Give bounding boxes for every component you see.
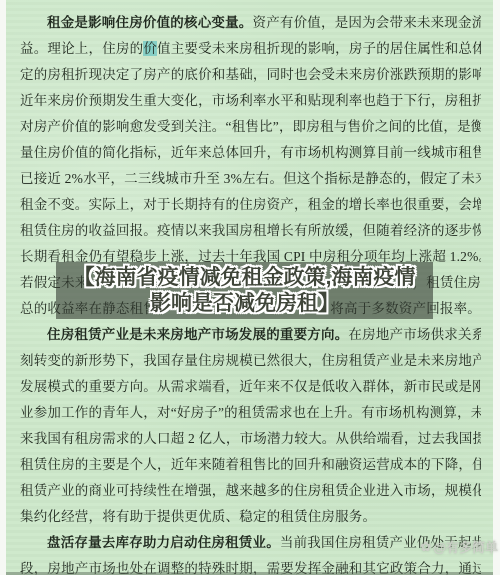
highlighted-char: 价 <box>143 41 157 56</box>
text-segment: 住房租赁产业是未来房地产市场发展的重要方向。 <box>47 327 348 342</box>
text-line: 来我国有租房需求的人口超 2 亿人，市场潜力较大。从供给端看，过去我国提供 <box>20 426 481 452</box>
text-segment: 益。理论上，住房的 <box>20 41 143 56</box>
text-segment: 集约化经营，将有助于提供更优质、稳定的租赁住房服务。 <box>20 509 376 524</box>
text-line: 刻转变的新形势下，我国存量住房规模已然很大，住房租赁产业是未来房地产新 <box>20 348 481 374</box>
text-segment: 对房产价值的影响愈发受到关注。“租售比”，即房租与售价之间的比值，是衡 <box>20 119 481 134</box>
text-segment: 刻转变的新形势下，我国存量住房规模已然很大，住房租赁产业是未来房地产新 <box>20 353 481 368</box>
text-segment: 发展模式的重要方向。从需求端看，近年来不仅是低收入群体，新市民或是刚毕 <box>20 379 481 394</box>
text-segment: 值主要受未来房租折现的影响，房子的居住属性和总体稳 <box>157 41 481 56</box>
watermark-text: @有多简单 <box>433 537 498 556</box>
screenshot-root: { "page": { "background_color": "#cde8ca… <box>0 0 500 575</box>
text-segment: 租赁产业的商业可持续性在增强，越来越多的住房租赁企业进入市场，规模化、 <box>20 483 481 498</box>
text-line: 租金不变。实际上，对于长期持有的住房资产，租金的增长率也很重要，会增厚 <box>20 192 481 218</box>
text-segment: 量住房价值的简化指标，近年来总体回升，有市场机构测算目前一线城市租售比 <box>20 145 481 160</box>
text-segment: 来我国有租房需求的人口超 2 亿人，市场潜力较大。从供给端看，过去我国提供 <box>20 431 481 446</box>
text-segment: 定的房租折现决定了房产的底价和基础，同时也会受未来房价涨跌预期的影响。 <box>20 67 481 82</box>
text-line: 对房产价值的影响愈发受到关注。“租售比”，即房租与售价之间的比值，是衡 <box>20 114 481 140</box>
text-segment: 租金是影响住房价值的核心变量。 <box>47 15 253 30</box>
text-line: 租赁住房的主要是个人，近年来随着租售比的回升和融资运营成本的下降，住房 <box>20 452 481 478</box>
paw-icon: ✿ <box>420 539 431 555</box>
text-line: 住房租赁产业是未来房地产市场发展的重要方向。在房地产市场供求关系深 <box>20 322 481 348</box>
text-line: 已接近 2%水平，二三线城市升至 3%左右。但这个指标是静态的，假定了未来 <box>20 166 481 192</box>
text-segment: 已接近 2%水平，二三线城市升至 3%左右。但这个指标是静态的，假定了未来 <box>20 171 481 186</box>
caption-overlay: 【海南省疫情减免租金政策,海南疫情 影响是否减免房租】 <box>56 262 433 319</box>
text-line: 盘活存量去库存助力启动住房租赁业。当前我国住房租赁产业仍处于起步阶 <box>20 530 481 556</box>
text-segment: 业参加工作的青年人，对“好房子”的租赁需求也在上升。有市场机构测算，未 <box>20 405 481 420</box>
text-segment: 租赁住房的主要是个人，近年来随着租售比的回升和融资运营成本的下降，住房 <box>20 457 481 472</box>
text-line: 定的房租折现决定了房产的底价和基础，同时也会受未来房价涨跌预期的影响。 <box>20 62 481 88</box>
caption-title-line2: 影响是否减免房租】 <box>150 291 339 317</box>
text-segment: 段，房地产市场也处在调整的特殊时期，需要发挥金融和其它政策合力，通过盘 <box>20 561 481 575</box>
text-line: 租赁产业的商业可持续性在增强，越来越多的住房租赁企业进入市场，规模化、 <box>20 478 481 504</box>
text-segment: 盘活存量去库存助力启动住房租赁业。 <box>47 535 280 550</box>
text-segment: 资产有价值，是因为会带来未来现金流收 <box>253 15 482 30</box>
text-line: 发展模式的重要方向。从需求端看，近年来不仅是低收入群体，新市民或是刚毕 <box>20 374 481 400</box>
text-line: 业参加工作的青年人，对“好房子”的租赁需求也在上升。有市场机构测算，未 <box>20 400 481 426</box>
text-segment: 租金不变。实际上，对于长期持有的住房资产，租金的增长率也很重要，会增厚 <box>20 197 481 212</box>
watermark: ✿ @有多简单 <box>420 537 498 556</box>
text-segment: 近年来房价预期发生重大变化，市场利率水平和贴现利率也趋于下行，房租折现 <box>20 93 481 108</box>
text-line: 近年来房价预期发生重大变化，市场利率水平和贴现利率也趋于下行，房租折现 <box>20 88 481 114</box>
text-line: 租赁住房的收益回报。疫情以来我国房租增长有所放缓，但随着经济的逐步恢复， <box>20 218 481 244</box>
text-segment: 租赁住房的收益回报。疫情以来我国房租增长有所放缓，但随着经济的逐步恢复， <box>20 223 481 238</box>
text-line: 益。理论上，住房的价值主要受未来房租折现的影响，房子的居住属性和总体稳 <box>20 36 481 62</box>
text-line: 段，房地产市场也处在调整的特殊时期，需要发挥金融和其它政策合力，通过盘 <box>20 556 481 575</box>
caption-title-line1: 【海南省疫情减免租金政策,海南疫情 <box>74 265 416 291</box>
text-line: 租金是影响住房价值的核心变量。资产有价值，是因为会带来未来现金流收 <box>20 10 481 36</box>
text-line: 集约化经营，将有助于提供更优质、稳定的租赁住房服务。 <box>20 504 481 530</box>
text-segment: 在房地产市场供求关系深 <box>348 327 481 342</box>
text-line: 量住房价值的简化指标，近年来总体回升，有市场机构测算目前一线城市租售比 <box>20 140 481 166</box>
